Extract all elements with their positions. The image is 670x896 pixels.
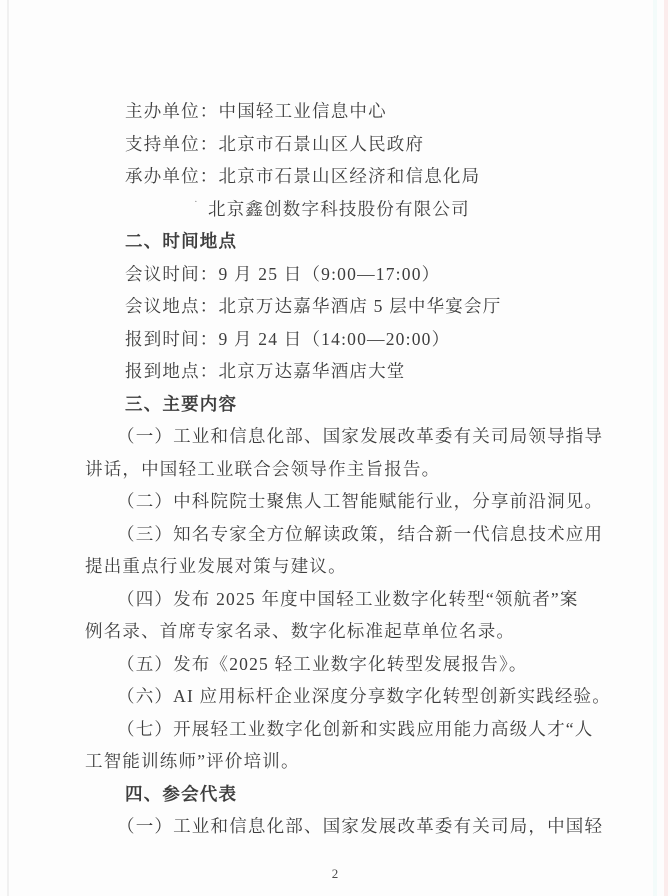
document-page: · 主办单位：中国轻工业信息中心 支持单位：北京市石景山区人民政府 承办单位：北… [0, 0, 670, 896]
section-heading-attendees: 四、参会代表 [85, 778, 605, 811]
undertaker-line-2: 北京鑫创数字科技股份有限公司 [85, 193, 605, 226]
item-4-line-1: （四）发布 2025 年度中国轻工业数字化转型“领航者”案 [85, 583, 605, 616]
item-6-line: （六）AI 应用标杆企业深度分享数字化转型创新实践经验。 [85, 680, 605, 713]
attendees-item-1-line: （一）工业和信息化部、国家发展改革委有关司局，中国轻 [85, 810, 605, 843]
section-heading-main-content: 三、主要内容 [85, 388, 605, 421]
scan-right-edge-line-cyan [653, 0, 657, 896]
item-7-line-1: （七）开展轻工业数字化创新和实践应用能力高级人才“人 [85, 713, 605, 746]
item-3-line-2: 提出重点行业发展对策与建议。 [85, 550, 605, 583]
organizer-line: 主办单位：中国轻工业信息中心 [85, 95, 605, 128]
meeting-time-line: 会议时间：9 月 25 日（9:00—17:00） [85, 258, 605, 291]
scan-left-edge-line [7, 0, 9, 896]
scan-right-edge-line-pink [664, 0, 668, 896]
document-body: 主办单位：中国轻工业信息中心 支持单位：北京市石景山区人民政府 承办单位：北京市… [85, 95, 605, 843]
meeting-place-line: 会议地点：北京万达嘉华酒店 5 层中华宴会厅 [85, 290, 605, 323]
item-4-line-2: 例名录、首席专家名录、数字化标准起草单位名录。 [85, 615, 605, 648]
section-heading-time-place: 二、时间地点 [85, 225, 605, 258]
checkin-place-line: 报到地点：北京万达嘉华酒店大堂 [85, 355, 605, 388]
item-5-line: （五）发布《2025 轻工业数字化转型发展报告》。 [85, 648, 605, 681]
item-2-line: （二）中科院院士聚焦人工智能赋能行业，分享前沿洞见。 [85, 485, 605, 518]
supporter-line: 支持单位：北京市石景山区人民政府 [85, 128, 605, 161]
item-3-line-1: （三）知名专家全方位解读政策，结合新一代信息技术应用 [85, 518, 605, 551]
checkin-time-line: 报到时间：9 月 24 日（14:00—20:00） [85, 323, 605, 356]
item-1-line-1: （一）工业和信息化部、国家发展改革委有关司局领导指导 [85, 420, 605, 453]
item-7-line-2: 工智能训练师”评价培训。 [85, 745, 605, 778]
page-number: 2 [0, 866, 670, 882]
item-1-line-2: 讲话，中国轻工业联合会领导作主旨报告。 [85, 453, 605, 486]
undertaker-line: 承办单位：北京市石景山区经济和信息化局 [85, 160, 605, 193]
